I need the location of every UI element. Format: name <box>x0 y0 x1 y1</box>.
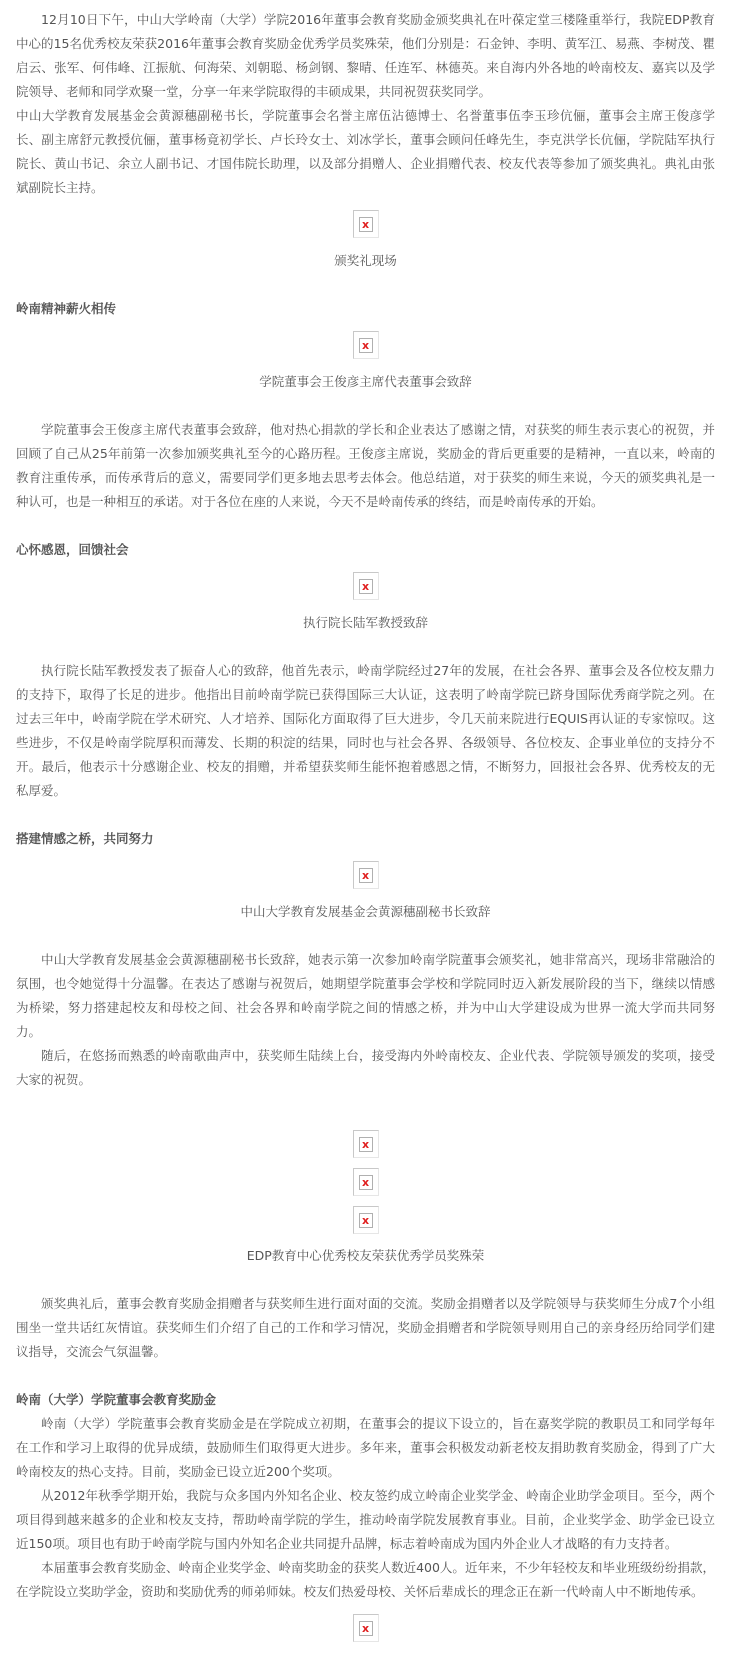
figure-foundation: x <box>16 861 715 892</box>
figure-caption: 颁奖礼现场 <box>16 249 715 273</box>
broken-image-icon: x <box>353 1130 379 1158</box>
section-paragraph: 执行院长陆军教授发表了振奋人心的致辞，他首先表示，岭南学院经过27年的发展，在社… <box>16 659 715 803</box>
figure-ceremony: x <box>16 210 715 241</box>
section-heading: 岭南精神薪火相传 <box>16 297 715 321</box>
x-icon: x <box>359 1175 373 1190</box>
broken-image-icon: x <box>353 1168 379 1196</box>
figure-caption: 中山大学教育发展基金会黄源穗副秘书长致辞 <box>16 900 715 924</box>
article-body: 12月10日下午，中山大学岭南（大学）学院2016年董事会教育奖励金颁奖典礼在叶… <box>0 0 731 1669</box>
broken-image-icon: x <box>353 1206 379 1234</box>
intro-paragraph-1: 12月10日下午，中山大学岭南（大学）学院2016年董事会教育奖励金颁奖典礼在叶… <box>16 8 715 104</box>
x-icon: x <box>359 217 373 232</box>
section-heading: 心怀感恩，回馈社会 <box>16 538 715 562</box>
x-icon: x <box>359 1137 373 1152</box>
broken-image-icon: x <box>353 210 379 238</box>
figure-chairman: x <box>16 331 715 362</box>
section-paragraph: 颁奖典礼后，董事会教育奖励金捐赠者与获奖师生进行面对面的交流。奖励金捐赠者以及学… <box>16 1292 715 1364</box>
section-paragraph: 本届董事会教育奖励金、岭南企业奖学金、岭南奖助金的获奖人数近400人。近年来，不… <box>16 1556 715 1604</box>
section-paragraph: 中山大学教育发展基金会黄源穗副秘书长致辞，她表示第一次参加岭南学院董事会颁奖礼，… <box>16 948 715 1044</box>
figure-edp-awardees: x x x <box>16 1130 715 1234</box>
figure-dean: x <box>16 572 715 603</box>
x-icon: x <box>359 579 373 594</box>
x-icon: x <box>359 1213 373 1228</box>
section-paragraph: 随后，在悠扬而熟悉的岭南歌曲声中，获奖师生陆续上台，接受海内外岭南校友、企业代表… <box>16 1044 715 1092</box>
intro-paragraph-2: 中山大学教育发展基金会黄源穗副秘书长，学院董事会名誉主席伍沾德博士、名誉董事伍李… <box>16 104 715 200</box>
section-paragraph: 岭南（大学）学院董事会教育奖励金是在学院成立初期，在董事会的提议下设立的，旨在嘉… <box>16 1412 715 1484</box>
figure-caption: EDP教育中心优秀校友荣获优秀学员奖殊荣 <box>16 1244 715 1268</box>
figure-caption: 学院董事会王俊彦主席代表董事会致辞 <box>16 370 715 394</box>
section-heading: 搭建情感之桥，共同努力 <box>16 827 715 851</box>
broken-image-icon: x <box>353 572 379 600</box>
broken-image-icon: x <box>353 861 379 889</box>
x-icon: x <box>359 868 373 883</box>
section-paragraph: 学院董事会王俊彦主席代表董事会致辞，他对热心捐款的学长和企业表达了感谢之情，对获… <box>16 418 715 514</box>
x-icon: x <box>359 338 373 353</box>
broken-image-icon: x <box>353 1614 379 1642</box>
x-icon: x <box>359 1621 373 1636</box>
section-heading: 岭南（大学）学院董事会教育奖励金 <box>16 1388 715 1412</box>
figure-closing: x <box>16 1614 715 1645</box>
figure-caption: 执行院长陆军教授致辞 <box>16 611 715 635</box>
section-paragraph: 从2012年秋季学期开始，我院与众多国内外知名企业、校友签约成立岭南企业奖学金、… <box>16 1484 715 1556</box>
broken-image-icon: x <box>353 331 379 359</box>
